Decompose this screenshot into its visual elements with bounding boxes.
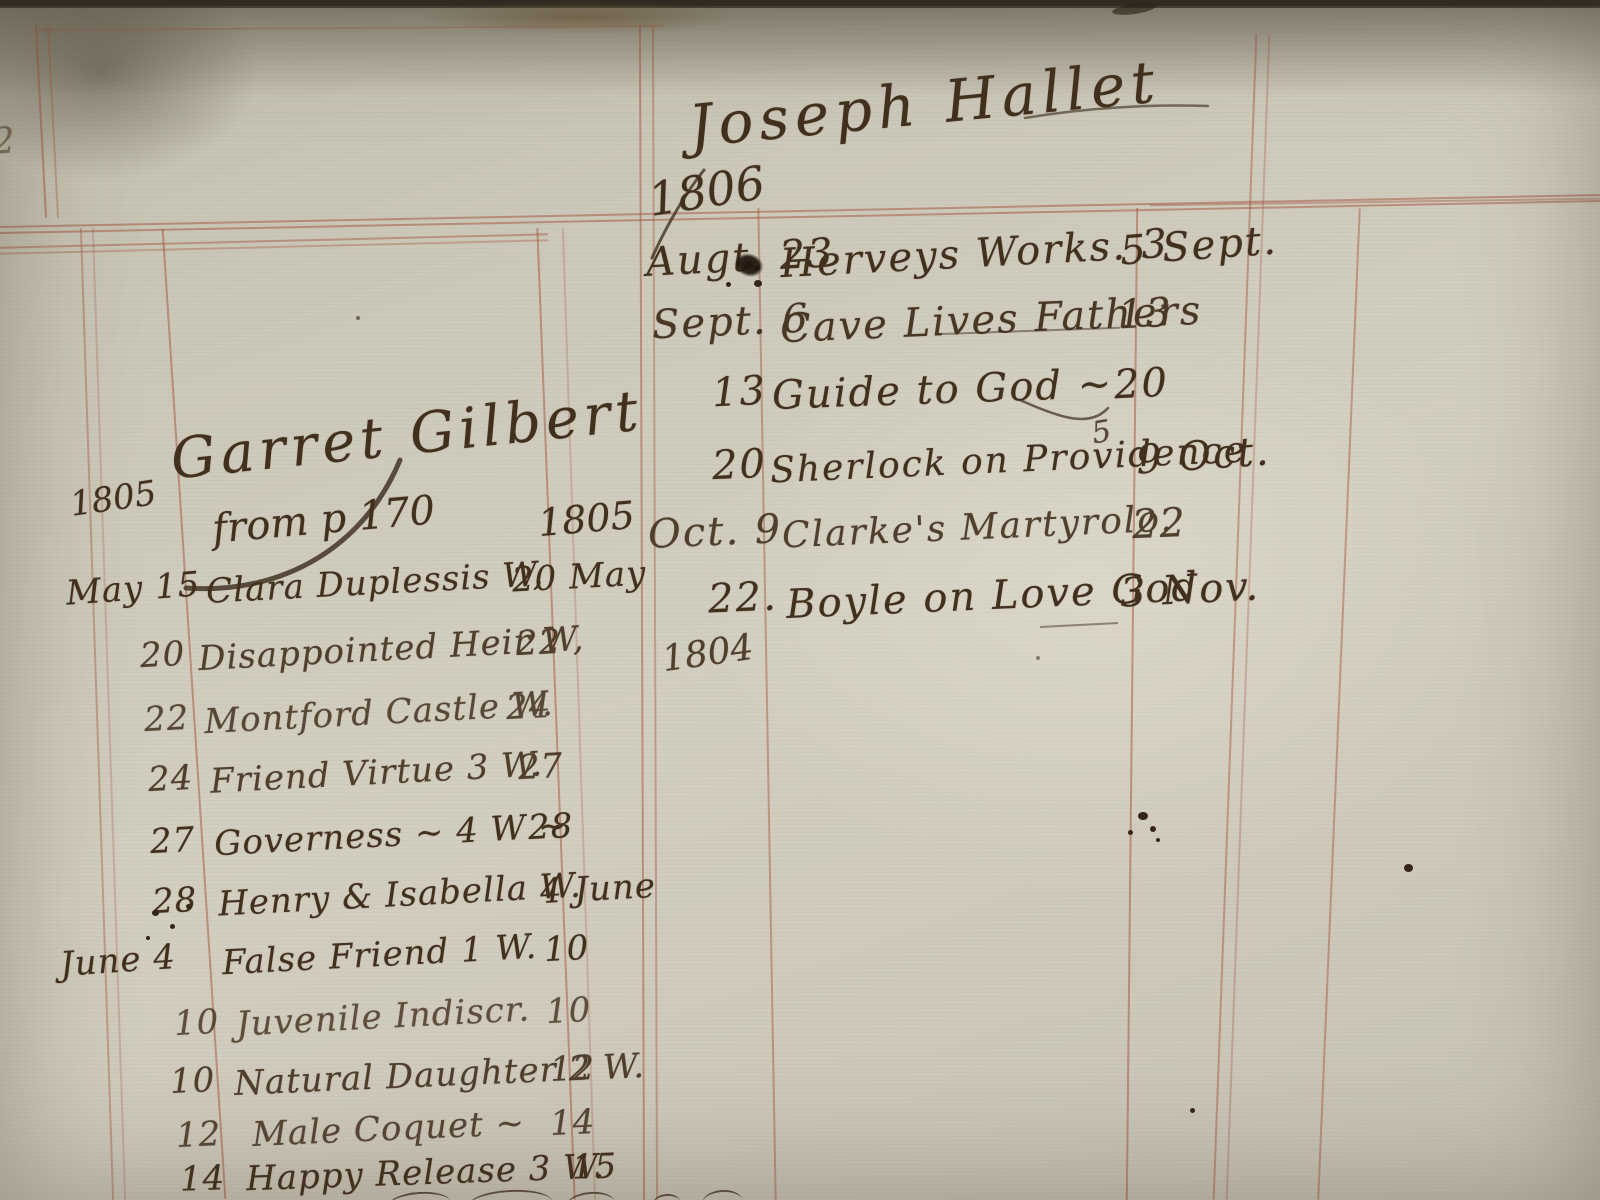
right-date-col-rule <box>757 208 776 1200</box>
borrow-date: 10 <box>173 1005 220 1041</box>
book-title: False Friend 1 W. <box>221 930 538 980</box>
return-date: 9 Oct. <box>1135 431 1272 480</box>
return-date: 24 <box>505 689 552 725</box>
book-title: Henry & Isabella W. <box>217 869 582 922</box>
borrow-date: 13 <box>711 371 768 414</box>
book-title: Clarke's Martyrolo. <box>781 501 1174 554</box>
ledger-page: 2 Joseph Hallet 1806 Garret Gilbert 1805… <box>0 0 1600 1200</box>
return-date: 15 <box>571 1149 617 1185</box>
account-divider-rule-a <box>639 26 645 1200</box>
cutoff-entry-stroke <box>702 1189 743 1200</box>
return-date: 5 Sept. <box>1119 221 1279 272</box>
book-title: Governess ~ 4 W ~ <box>213 809 568 861</box>
book-title: Clara Duplessis W, <box>205 557 545 609</box>
col-rule <box>1213 34 1257 1199</box>
book-title: Friend Virtue 3 W. <box>209 747 543 798</box>
ink-speck <box>186 904 192 909</box>
return-date: 4 June <box>539 869 657 909</box>
ink-speck <box>1138 812 1148 820</box>
account-year-right: 1806 <box>645 159 768 223</box>
ink-speck <box>1036 656 1040 660</box>
return-date: 28 <box>527 809 574 845</box>
ink-speck <box>356 316 360 320</box>
col-rule <box>1317 208 1360 1199</box>
return-date: 12 <box>549 1051 596 1087</box>
head-rule-4 <box>0 239 548 254</box>
book-title: Juvenile Indiscr. <box>235 992 531 1041</box>
carryover-note: from p 170 <box>211 490 437 549</box>
return-date: 13 <box>1117 293 1174 336</box>
return-date: 22 <box>1131 503 1188 545</box>
borrow-date: 27 <box>149 823 196 859</box>
ink-speck <box>170 924 175 929</box>
borrow-date: 12 <box>175 1117 222 1153</box>
return-date: 20 May <box>511 557 647 598</box>
ink-speck <box>754 280 762 287</box>
return-date: 14 <box>549 1105 596 1141</box>
underline-stroke <box>1040 622 1118 628</box>
book-title: Male Coquet ~ <box>251 1106 525 1152</box>
ink-speck <box>146 936 150 940</box>
borrow-date: 22 <box>143 701 190 737</box>
return-date: 10 <box>543 931 590 967</box>
book-title: Herveys Works. 3 <box>779 224 1170 284</box>
borrow-date: May 15 <box>65 567 201 610</box>
borrow-date: 10 <box>169 1063 216 1099</box>
year-footnote: 1804 <box>660 630 756 678</box>
borrow-date: 24 <box>147 761 194 797</box>
book-title: Happy Release 3 W. <box>246 1150 606 1197</box>
book-title: Montford Castle W. <box>203 687 554 739</box>
right-return-col-rule <box>1126 208 1138 1200</box>
ink-speck <box>1404 864 1413 872</box>
return-date: 10 <box>545 993 592 1029</box>
borrow-date: 20 <box>139 637 186 673</box>
margin-year-left: 1805 <box>68 476 158 522</box>
borrow-date: 14 <box>179 1161 225 1197</box>
ink-speck <box>1190 1108 1195 1113</box>
ink-speck <box>1150 826 1156 832</box>
col-rule <box>1226 34 1270 1199</box>
ink-speck <box>152 910 159 916</box>
borrow-date: June 4 <box>59 940 177 982</box>
book-title: Guide to God ~ <box>771 364 1113 416</box>
borrow-date: Oct. 9 <box>647 509 783 555</box>
return-date: 22 <box>515 625 562 661</box>
return-date: 20 <box>1113 363 1170 406</box>
ink-speck <box>1156 838 1160 842</box>
ink-speck <box>1128 830 1133 835</box>
ink-speck <box>726 282 731 287</box>
page-number: 2 <box>0 123 16 161</box>
account-holder-name-left: Garret Gilbert <box>168 383 645 488</box>
borrow-date: 22. <box>707 577 778 620</box>
return-date: 27 <box>517 749 564 785</box>
return-date: 3 Nov. <box>1119 566 1261 613</box>
borrow-date: 20 <box>711 444 768 486</box>
carryover-year: 1805 <box>537 496 637 542</box>
